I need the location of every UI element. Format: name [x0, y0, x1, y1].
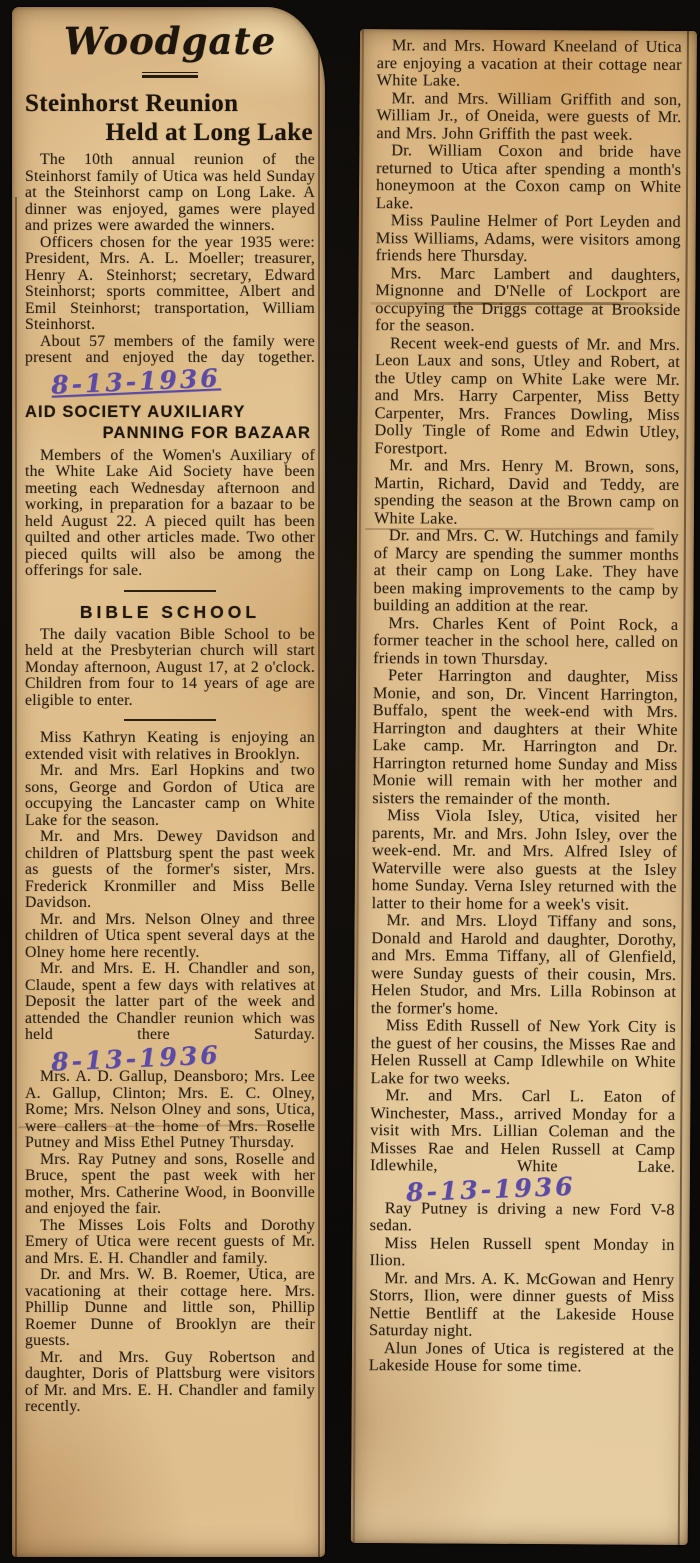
news-paragraph: Miss Pauline Helmer of Port Leyden and M… [376, 211, 681, 265]
news-paragraph: Mrs. Charles Kent of Point Rock, a forme… [373, 614, 678, 668]
news-paragraph: Dr. and Mrs. C. W. Hutchings and family … [373, 526, 679, 615]
newspaper-clipping-right: Mr. and Mrs. Howard Kneeland of Utica ar… [351, 29, 697, 1545]
news-paragraph: Officers chosen for the year 1935 were: … [25, 235, 315, 334]
news-paragraph: Mr. and Mrs. Howard Kneeland of Utica ar… [377, 36, 682, 90]
news-paragraph: The 10th annual reunion of the Steinhors… [25, 152, 315, 235]
news-paragraph: Mr. and Mrs. Lloyd Tiffany and sons, Don… [371, 911, 677, 1018]
news-paragraph: Mr. and Mrs. Dewey Davidson and children… [25, 829, 315, 912]
headline-line: Held at Long Lake [25, 118, 315, 147]
article-headline-steinhorst: Steinhorst Reunion Held at Long Lake [25, 89, 315, 147]
article-headline-bible-school: BIBLE SCHOOL [25, 601, 315, 624]
masthead-rule [142, 72, 198, 78]
masthead-title: Woodgate [25, 19, 315, 63]
paragraph-text: Mr. and Mrs. Carl L. Eaton of Winchester… [370, 1085, 676, 1176]
news-paragraph: Mr. and Mrs. E. H. Chandler and son, Cla… [25, 961, 315, 1069]
news-paragraph: About 57 members of the family were pres… [25, 334, 315, 393]
headline-line: Steinhorst Reunion [25, 89, 315, 118]
news-paragraph: Mr. and Mrs. Earl Hopkins and two sons, … [25, 763, 315, 829]
news-paragraph: Mr. and Mrs. William Griffith and son, W… [376, 89, 681, 143]
news-paragraph: Miss Viola Isley, Utica, visited her par… [372, 806, 678, 913]
section-divider [124, 719, 216, 721]
news-paragraph: Mr. and Mrs. Carl L. Eaton of Winchester… [370, 1086, 676, 1200]
news-paragraph: Mrs. Ray Putney and sons, Roselle and Br… [25, 1152, 315, 1218]
right-column-content: Mr. and Mrs. Howard Kneeland of Utica ar… [351, 29, 697, 1545]
news-paragraph: Peter Harrington and daughter, Miss Moni… [372, 666, 678, 808]
news-paragraph: Mr. and Mrs. Guy Robertson and daughter,… [25, 1350, 315, 1416]
handwritten-date: 8-13-1936 [51, 1042, 221, 1074]
headline-line: AID SOCIETY AUXILIARY [25, 402, 315, 423]
news-paragraph: Miss Helen Russell spent Monday in Ilion… [369, 1234, 674, 1271]
news-paragraph: The Misses Lois Folts and Dorothy Emery … [25, 1218, 315, 1268]
news-paragraph: Mrs. A. D. Gallup, Deansboro; Mrs. Lee A… [25, 1069, 315, 1152]
news-paragraph: Members of the Women's Auxiliary of the … [25, 448, 315, 580]
paragraph-text: About 57 members of the family were pres… [25, 333, 315, 367]
news-paragraph: Miss Edith Russell of New York City is t… [371, 1016, 676, 1088]
news-paragraph: Mr. and Mrs. A. K. McGowan and Henry Sto… [369, 1269, 674, 1341]
left-column-content: Woodgate Steinhorst Reunion Held at Long… [12, 19, 325, 1557]
news-paragraph: Mrs. Marc Lambert and daughters, Mignonn… [375, 264, 680, 336]
newspaper-clipping-left: Woodgate Steinhorst Reunion Held at Long… [12, 7, 325, 1557]
section-divider [124, 590, 216, 592]
news-paragraph: Alun Jones of Utica is registered at the… [369, 1339, 674, 1376]
article-headline-aid-society: AID SOCIETY AUXILIARY PANNING FOR BAZAAR [25, 402, 315, 445]
news-paragraph: The daily vacation Bible School to be he… [25, 627, 315, 710]
news-paragraph: Recent week-end guests of Mr. and Mrs. L… [374, 334, 680, 458]
news-paragraph: Mr. and Mrs. Nelson Olney and three chil… [25, 912, 315, 962]
news-paragraph: Mr. and Mrs. Henry M. Brown, sons, Marti… [374, 456, 679, 528]
news-paragraph: Dr. William Coxon and bride have returne… [376, 141, 681, 213]
news-paragraph: Miss Kathryn Keating is enjoying an exte… [25, 730, 315, 763]
handwritten-date: 8-13-1936 [51, 365, 221, 397]
handwritten-date: 8-13-1936 [406, 1173, 576, 1204]
paragraph-text: Mr. and Mrs. E. H. Chandler and son, Cla… [25, 960, 315, 1043]
news-paragraph: Dr. and Mrs. W. B. Roemer, Utica, are va… [25, 1267, 315, 1350]
headline-line: PANNING FOR BAZAAR [25, 423, 315, 444]
